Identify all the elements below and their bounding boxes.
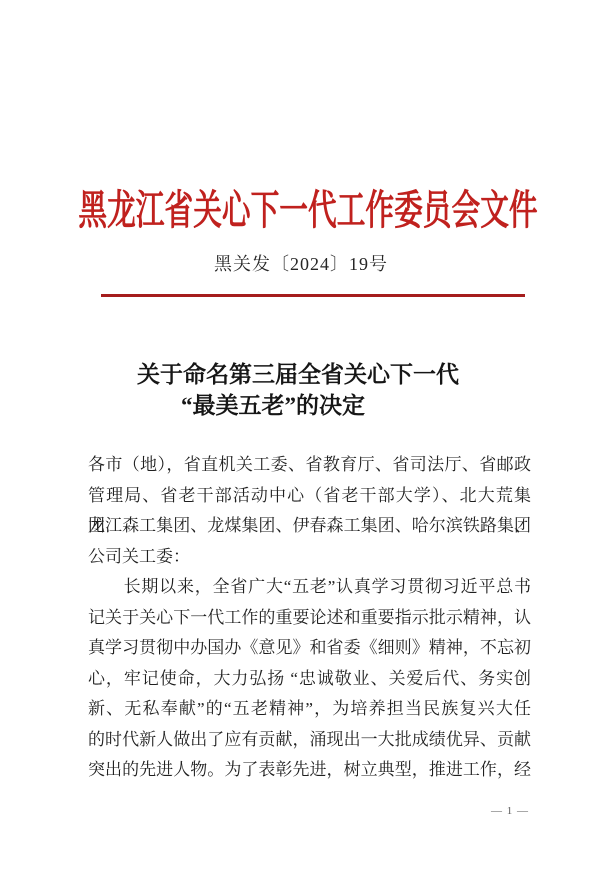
body-line: 突出的先进人物。为了表彰先进，树立典型，推进工作，经 bbox=[88, 755, 531, 786]
body-line: 新、无私奉献”的“五老精神”，为培养担当民族复兴大任 bbox=[88, 694, 531, 725]
body-line: 公司关工委： bbox=[88, 542, 531, 573]
document-body: 各市（地），省直机关工委、省教育厅、省司法厅、省邮政 管理局、省老干部活动中心（… bbox=[88, 450, 531, 786]
document-page: 黑龙江省关心下一代工作委员会文件 黑关发〔2024〕19号 关于命名第三届全省关… bbox=[0, 0, 616, 871]
body-line: 各市（地），省直机关工委、省教育厅、省司法厅、省邮政 bbox=[88, 450, 531, 481]
body-line: 龙江森工集团、龙煤集团、伊春森工集团、哈尔滨铁路集团 bbox=[88, 511, 531, 542]
document-reference-number: 黑关发〔2024〕19号 bbox=[0, 252, 609, 276]
document-title-line1: 关于命名第三届全省关心下一代 bbox=[0, 359, 606, 390]
body-line: 真学习贯彻中办国办《意见》和省委《细则》精神，不忘初 bbox=[88, 633, 531, 664]
body-line: 管理局、省老干部活动中心（省老干部大学）、北大荒集团、 bbox=[88, 481, 531, 512]
document-title-line2: “最美五老”的决定 bbox=[0, 390, 581, 421]
body-line: 的时代新人做出了应有贡献，涌现出一大批成绩优异、贡献 bbox=[88, 725, 531, 756]
body-line: 心，牢记使命，大力弘扬 “忠诚敬业、关爱后代、务实创 bbox=[88, 664, 531, 695]
masthead-org-title: 黑龙江省关心下一代工作委员会文件 bbox=[78, 186, 537, 234]
page-number: — 1 — bbox=[460, 803, 560, 819]
masthead-divider-rule bbox=[101, 294, 525, 297]
body-line: 长期以来，全省广大“五老”认真学习贯彻习近平总书 bbox=[88, 572, 531, 603]
body-line: 记关于关心下一代工作的重要论述和重要指示批示精神，认 bbox=[88, 603, 531, 634]
document-title: 关于命名第三届全省关心下一代 “最美五老”的决定 bbox=[0, 359, 606, 421]
